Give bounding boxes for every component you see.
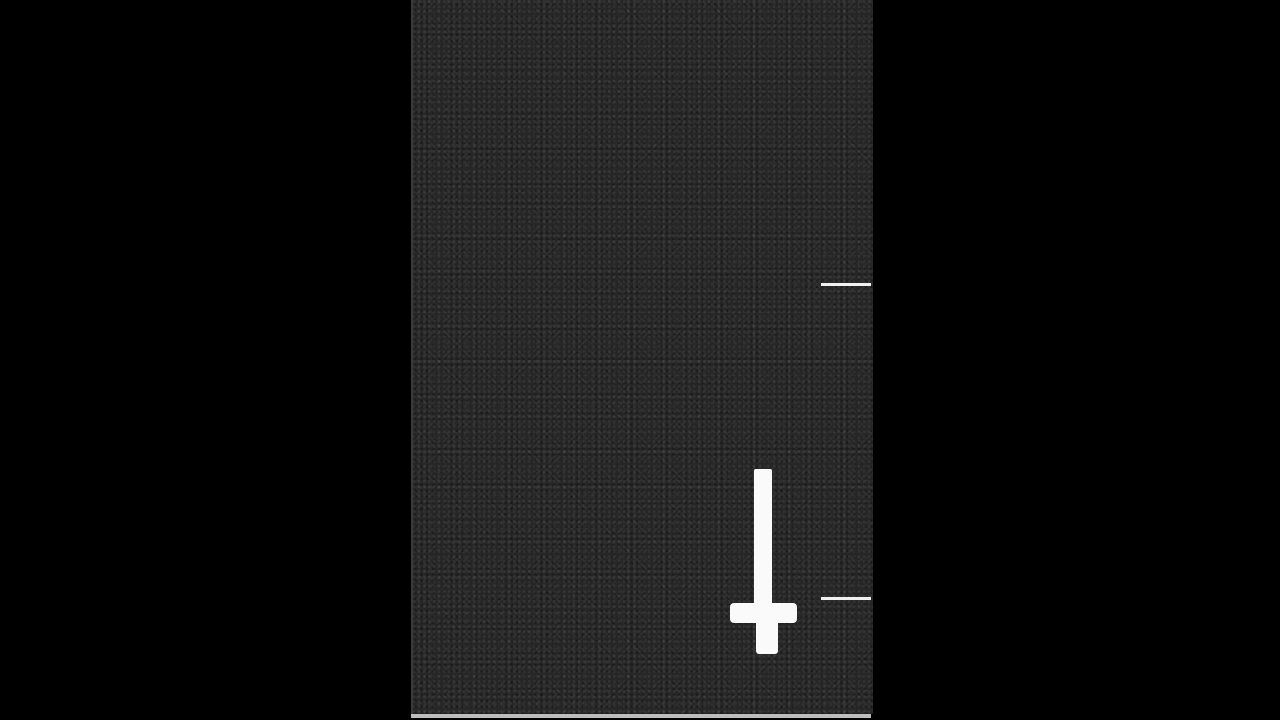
cross-shaft — [754, 469, 772, 607]
textured-cover-panel — [411, 0, 873, 714]
cross-foot — [756, 620, 778, 654]
panel-bottom-edge — [411, 714, 871, 718]
edge-mark-lower — [821, 597, 871, 600]
edge-mark-upper — [821, 283, 871, 286]
letterbox-background — [0, 0, 1280, 720]
